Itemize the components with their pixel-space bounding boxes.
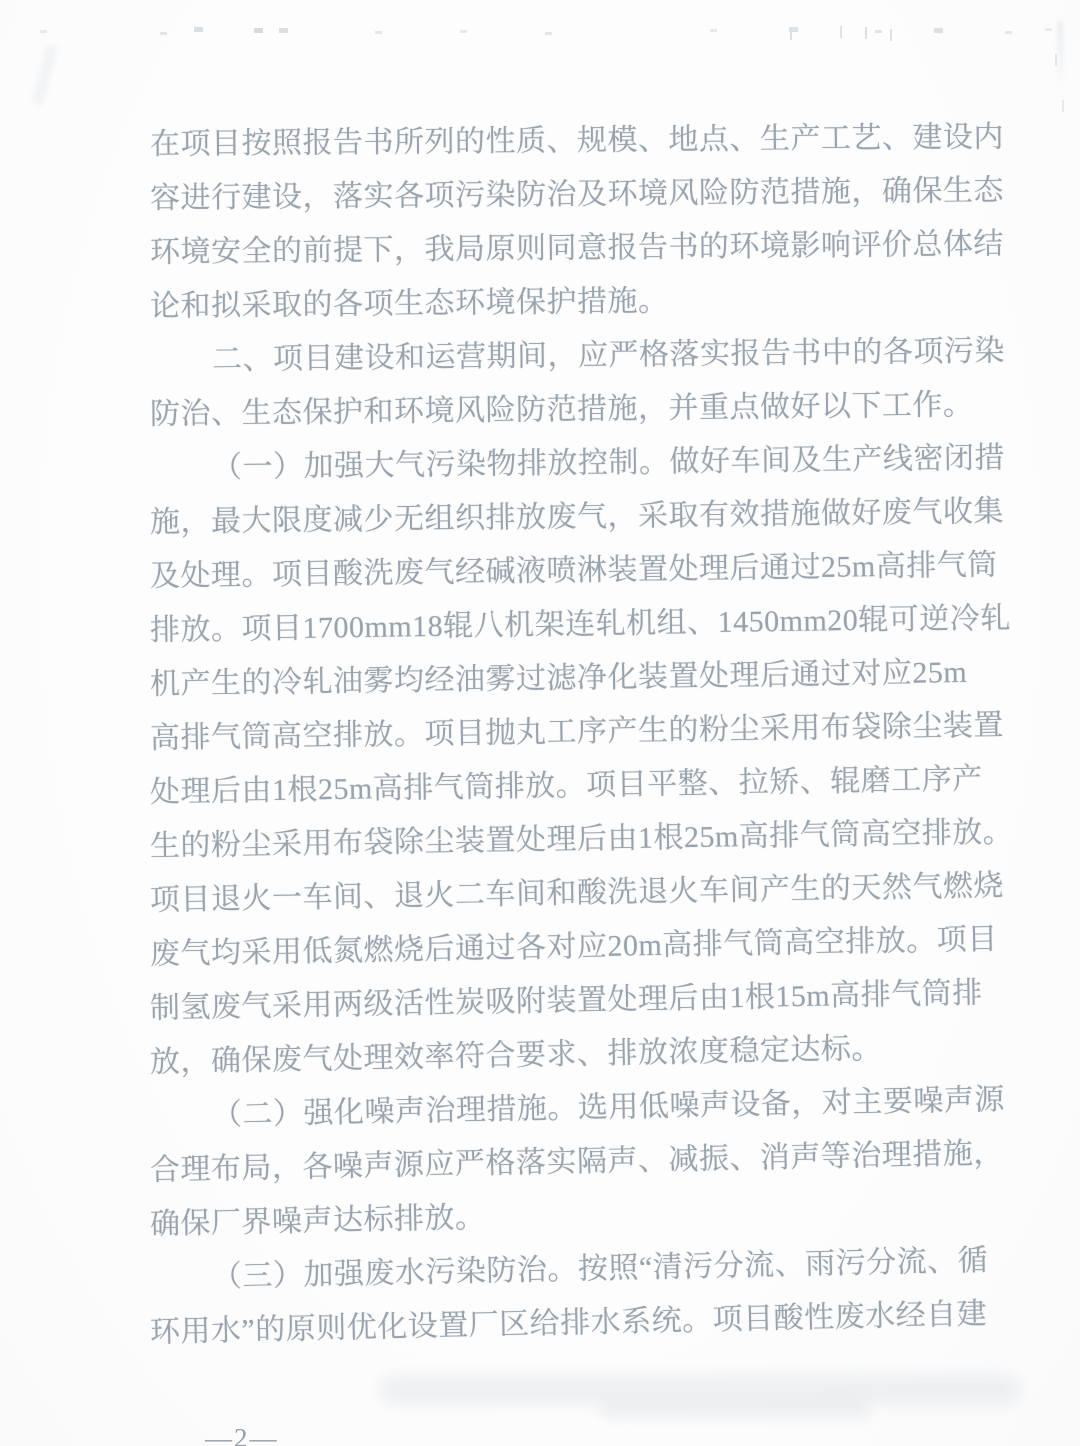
scan-noise-top-ticks — [150, 24, 152, 36]
scan-smudge-bottom-small — [600, 1402, 870, 1418]
page-number: —2— — [205, 1423, 279, 1446]
scanned-page: 在项目按照报告书所列的性质、规模、地点、生产工艺、建设内 容进行建设，落实各项污… — [0, 0, 1080, 1446]
scan-smudge-bottom — [380, 1376, 1020, 1404]
scan-noise-right-streak — [1058, 22, 1063, 92]
scan-noise-top-dashes — [30, 26, 37, 29]
document-body: 在项目按照报告书所列的性质、规模、地点、生产工艺、建设内 容进行建设，落实各项污… — [150, 118, 965, 1360]
document-line: 论和拟采取的各项生态环境保护措施。 — [150, 271, 966, 334]
document-line: 二、项目建设和运营期间，应严格落实报告书中的各项污染 — [150, 325, 966, 388]
document-line: 容进行建设，落实各项污染防治及环境风险防范措施，确保生态 — [150, 164, 965, 226]
document-line: 在项目按照报告书所列的性质、规模、地点、生产工艺、建设内 — [150, 111, 965, 172]
document-line: 环境安全的前提下，我局原则同意报告书的环境影响评价总体结 — [150, 218, 965, 280]
scan-noise-left-smudge — [32, 45, 57, 106]
